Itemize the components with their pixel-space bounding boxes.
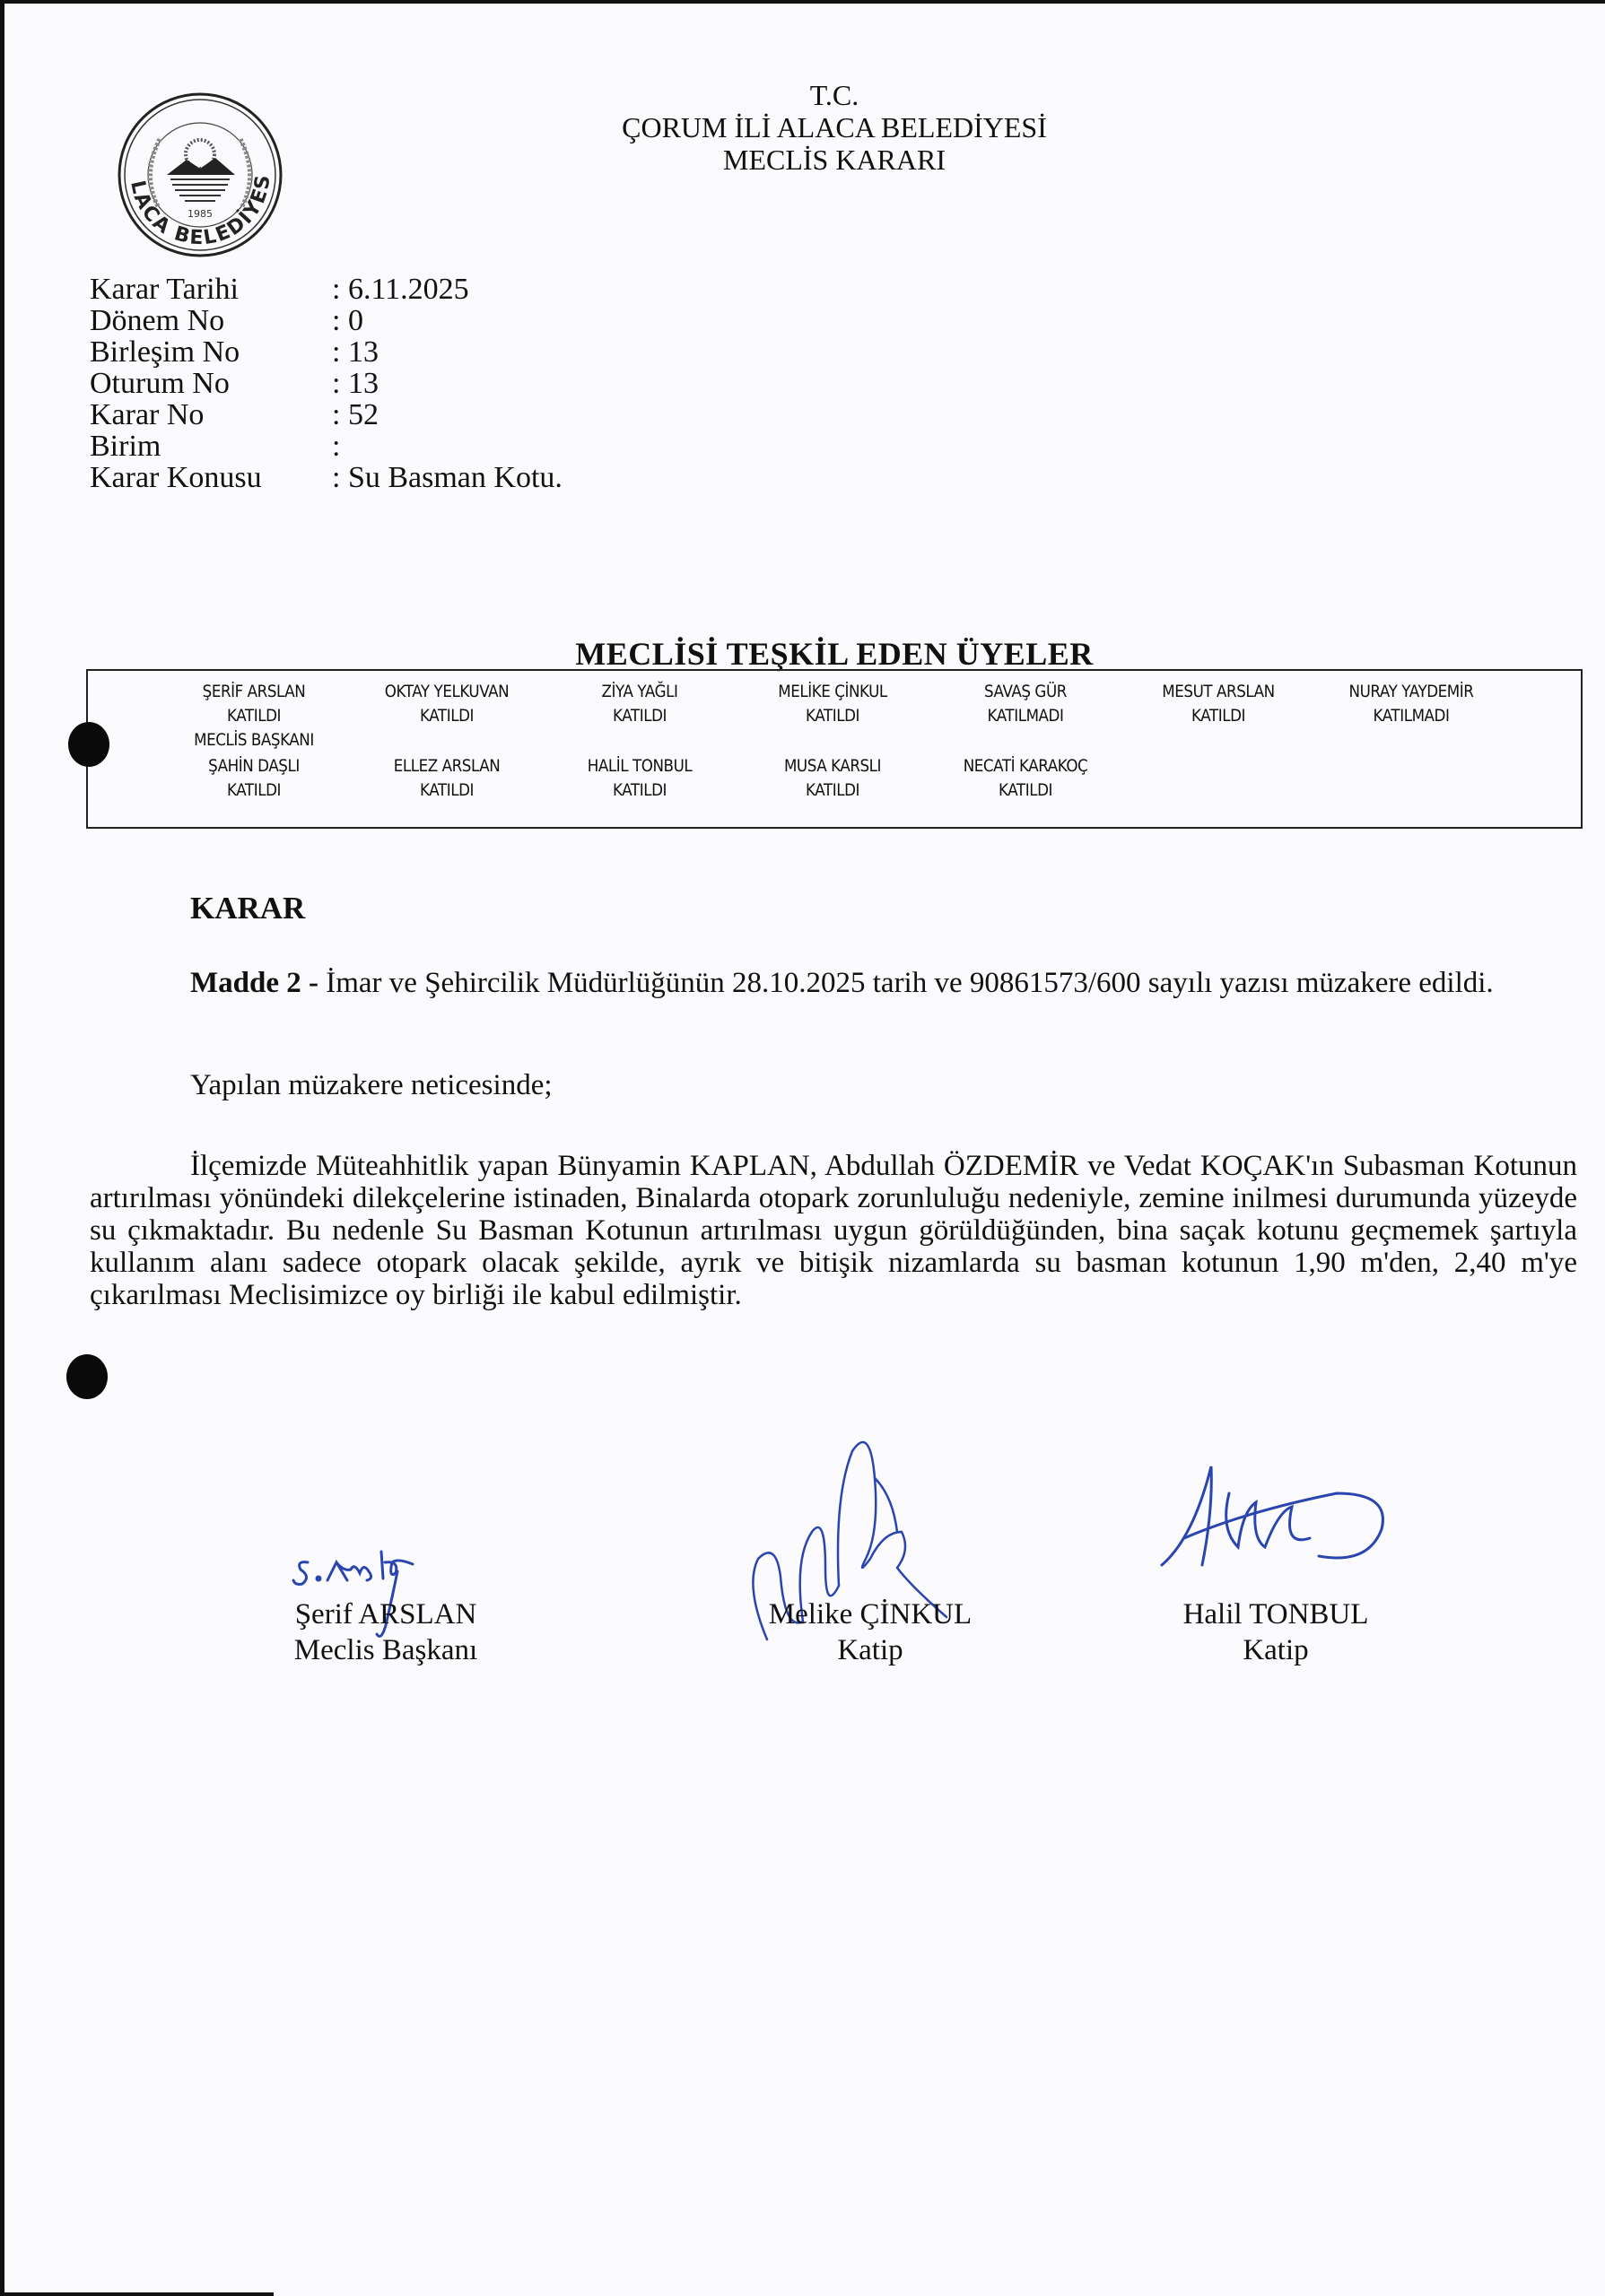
member-name: ELLEZ ARSLAN	[360, 754, 534, 778]
meta-row: Karar Konusu: Su Basman Kotu.	[90, 462, 563, 493]
signature-halil-tonbul-icon	[1157, 1457, 1400, 1583]
meta-value: :	[332, 430, 340, 462]
meta-label: Karar Konusu	[90, 462, 332, 493]
scan-border-top	[0, 0, 1605, 4]
signer-title: Meclis Başkanı	[251, 1632, 520, 1668]
member-name: ŞERİF ARSLAN	[167, 680, 341, 704]
member-entry: NURAY YAYDEMİRKATILMADI	[1324, 680, 1498, 728]
signature-block-clerk-2: Halil TONBUL Katip	[1141, 1596, 1410, 1668]
header-doc-type: MECLİS KARARI	[502, 143, 1166, 176]
member-entry: MELİKE ÇİNKULKATILDI	[746, 680, 920, 728]
signer-name: Halil TONBUL	[1141, 1596, 1410, 1632]
decision-metadata: Karar Tarihi: 6.11.2025Dönem No: 0Birleş…	[90, 274, 563, 493]
meta-value: : 0	[332, 305, 363, 336]
svg-text:1985: 1985	[188, 208, 213, 220]
member-name: HALİL TONBUL	[553, 754, 727, 778]
meta-label: Birleşim No	[90, 336, 332, 368]
meta-value: : 52	[332, 399, 379, 430]
meta-label: Oturum No	[90, 368, 332, 399]
member-entry: ŞAHİN DAŞLIKATILDI	[167, 754, 341, 803]
punch-hole-bottom	[66, 1354, 108, 1399]
meta-label: Birim	[90, 430, 332, 462]
member-name: NECATİ KARAKOÇ	[938, 754, 1112, 778]
member-name: OKTAY YELKUVAN	[360, 680, 534, 704]
decision-heading: KARAR	[190, 891, 305, 926]
meta-value: : 6.11.2025	[332, 274, 469, 305]
meta-value: : 13	[332, 368, 379, 399]
meta-label: Dönem No	[90, 305, 332, 336]
member-name: MUSA KARSLI	[746, 754, 920, 778]
meta-value: : Su Basman Kotu.	[332, 462, 563, 493]
member-entry: OKTAY YELKUVANKATILDI	[360, 680, 534, 728]
meta-row: Birleşim No: 13	[90, 336, 563, 368]
document-page: 1985 ALACA BELEDİYESİ T.C. ÇORUM İLİ ALA…	[0, 0, 1605, 2296]
member-status: KATILDI	[938, 778, 1112, 803]
member-status: KATILDI	[746, 778, 920, 803]
decision-body: İlçemizde Müteahhitlik yapan Bünyamin KA…	[90, 1150, 1577, 1311]
signer-title: Katip	[736, 1632, 1005, 1668]
meta-value: : 13	[332, 336, 379, 368]
member-status: KATILDI	[167, 778, 341, 803]
member-entry: ŞERİF ARSLANKATILDIMECLİS BAŞKANI	[167, 680, 341, 752]
member-status: KATILDI	[553, 778, 727, 803]
member-name: MELİKE ÇİNKUL	[746, 680, 920, 704]
members-table: ŞERİF ARSLANKATILDIMECLİS BAŞKANIOKTAY Y…	[86, 669, 1583, 829]
member-name: ZİYA YAĞLI	[553, 680, 727, 704]
madde-label: Madde 2 -	[190, 967, 318, 999]
member-entry: NECATİ KARAKOÇKATILDI	[938, 754, 1112, 803]
scan-border-left	[0, 0, 4, 2296]
meta-row: Oturum No: 13	[90, 368, 563, 399]
member-status: KATILMADI	[938, 704, 1112, 728]
meta-row: Dönem No: 0	[90, 305, 563, 336]
member-status: KATILDI	[360, 778, 534, 803]
member-status: KATILDI	[167, 704, 341, 728]
members-title: MECLİSİ TEŞKİL EDEN ÜYELER	[502, 635, 1166, 673]
member-status: KATILDI	[360, 704, 534, 728]
member-entry: MESUT ARSLANKATILDI	[1131, 680, 1305, 728]
madde-paragraph: Madde 2 - İmar ve Şehircilik Müdürlüğünü…	[90, 967, 1577, 999]
member-entry: ELLEZ ARSLANKATILDI	[360, 754, 534, 803]
header-tc: T.C.	[502, 79, 1166, 111]
intro-paragraph: Yapılan müzakere neticesinde;	[90, 1069, 1605, 1101]
member-name: SAVAŞ GÜR	[938, 680, 1112, 704]
meta-row: Karar Tarihi: 6.11.2025	[90, 274, 563, 305]
member-status: KATILDI	[746, 704, 920, 728]
member-status: KATILMADI	[1324, 704, 1498, 728]
member-status: KATILDI	[553, 704, 727, 728]
signature-block-clerk-1: Melike ÇİNKUL Katip	[736, 1596, 1005, 1668]
signer-name: Melike ÇİNKUL	[736, 1596, 1005, 1632]
member-role: MECLİS BAŞKANI	[167, 728, 341, 752]
signature-block-chair: Şerif ARSLAN Meclis Başkanı	[251, 1596, 520, 1668]
member-name: NURAY YAYDEMİR	[1324, 680, 1498, 704]
municipality-seal-icon: 1985 ALACA BELEDİYESİ	[115, 90, 285, 260]
member-entry: SAVAŞ GÜRKATILMADI	[938, 680, 1112, 728]
header-municipality: ÇORUM İLİ ALACA BELEDİYESİ	[502, 111, 1166, 143]
member-entry: HALİL TONBULKATILDI	[553, 754, 727, 803]
document-header: T.C. ÇORUM İLİ ALACA BELEDİYESİ MECLİS K…	[502, 79, 1166, 176]
madde-text: İmar ve Şehircilik Müdürlüğünün 28.10.20…	[318, 967, 1494, 999]
meta-row: Birim:	[90, 430, 563, 462]
punch-hole-top	[68, 722, 109, 767]
member-name: MESUT ARSLAN	[1131, 680, 1305, 704]
meta-label: Karar No	[90, 399, 332, 430]
meta-row: Karar No: 52	[90, 399, 563, 430]
meta-label: Karar Tarihi	[90, 274, 332, 305]
signer-name: Şerif ARSLAN	[251, 1596, 520, 1632]
signer-title: Katip	[1141, 1632, 1410, 1668]
scan-border-bottom	[0, 2292, 274, 2296]
member-entry: ZİYA YAĞLIKATILDI	[553, 680, 727, 728]
member-name: ŞAHİN DAŞLI	[167, 754, 341, 778]
member-status: KATILDI	[1131, 704, 1305, 728]
member-entry: MUSA KARSLIKATILDI	[746, 754, 920, 803]
